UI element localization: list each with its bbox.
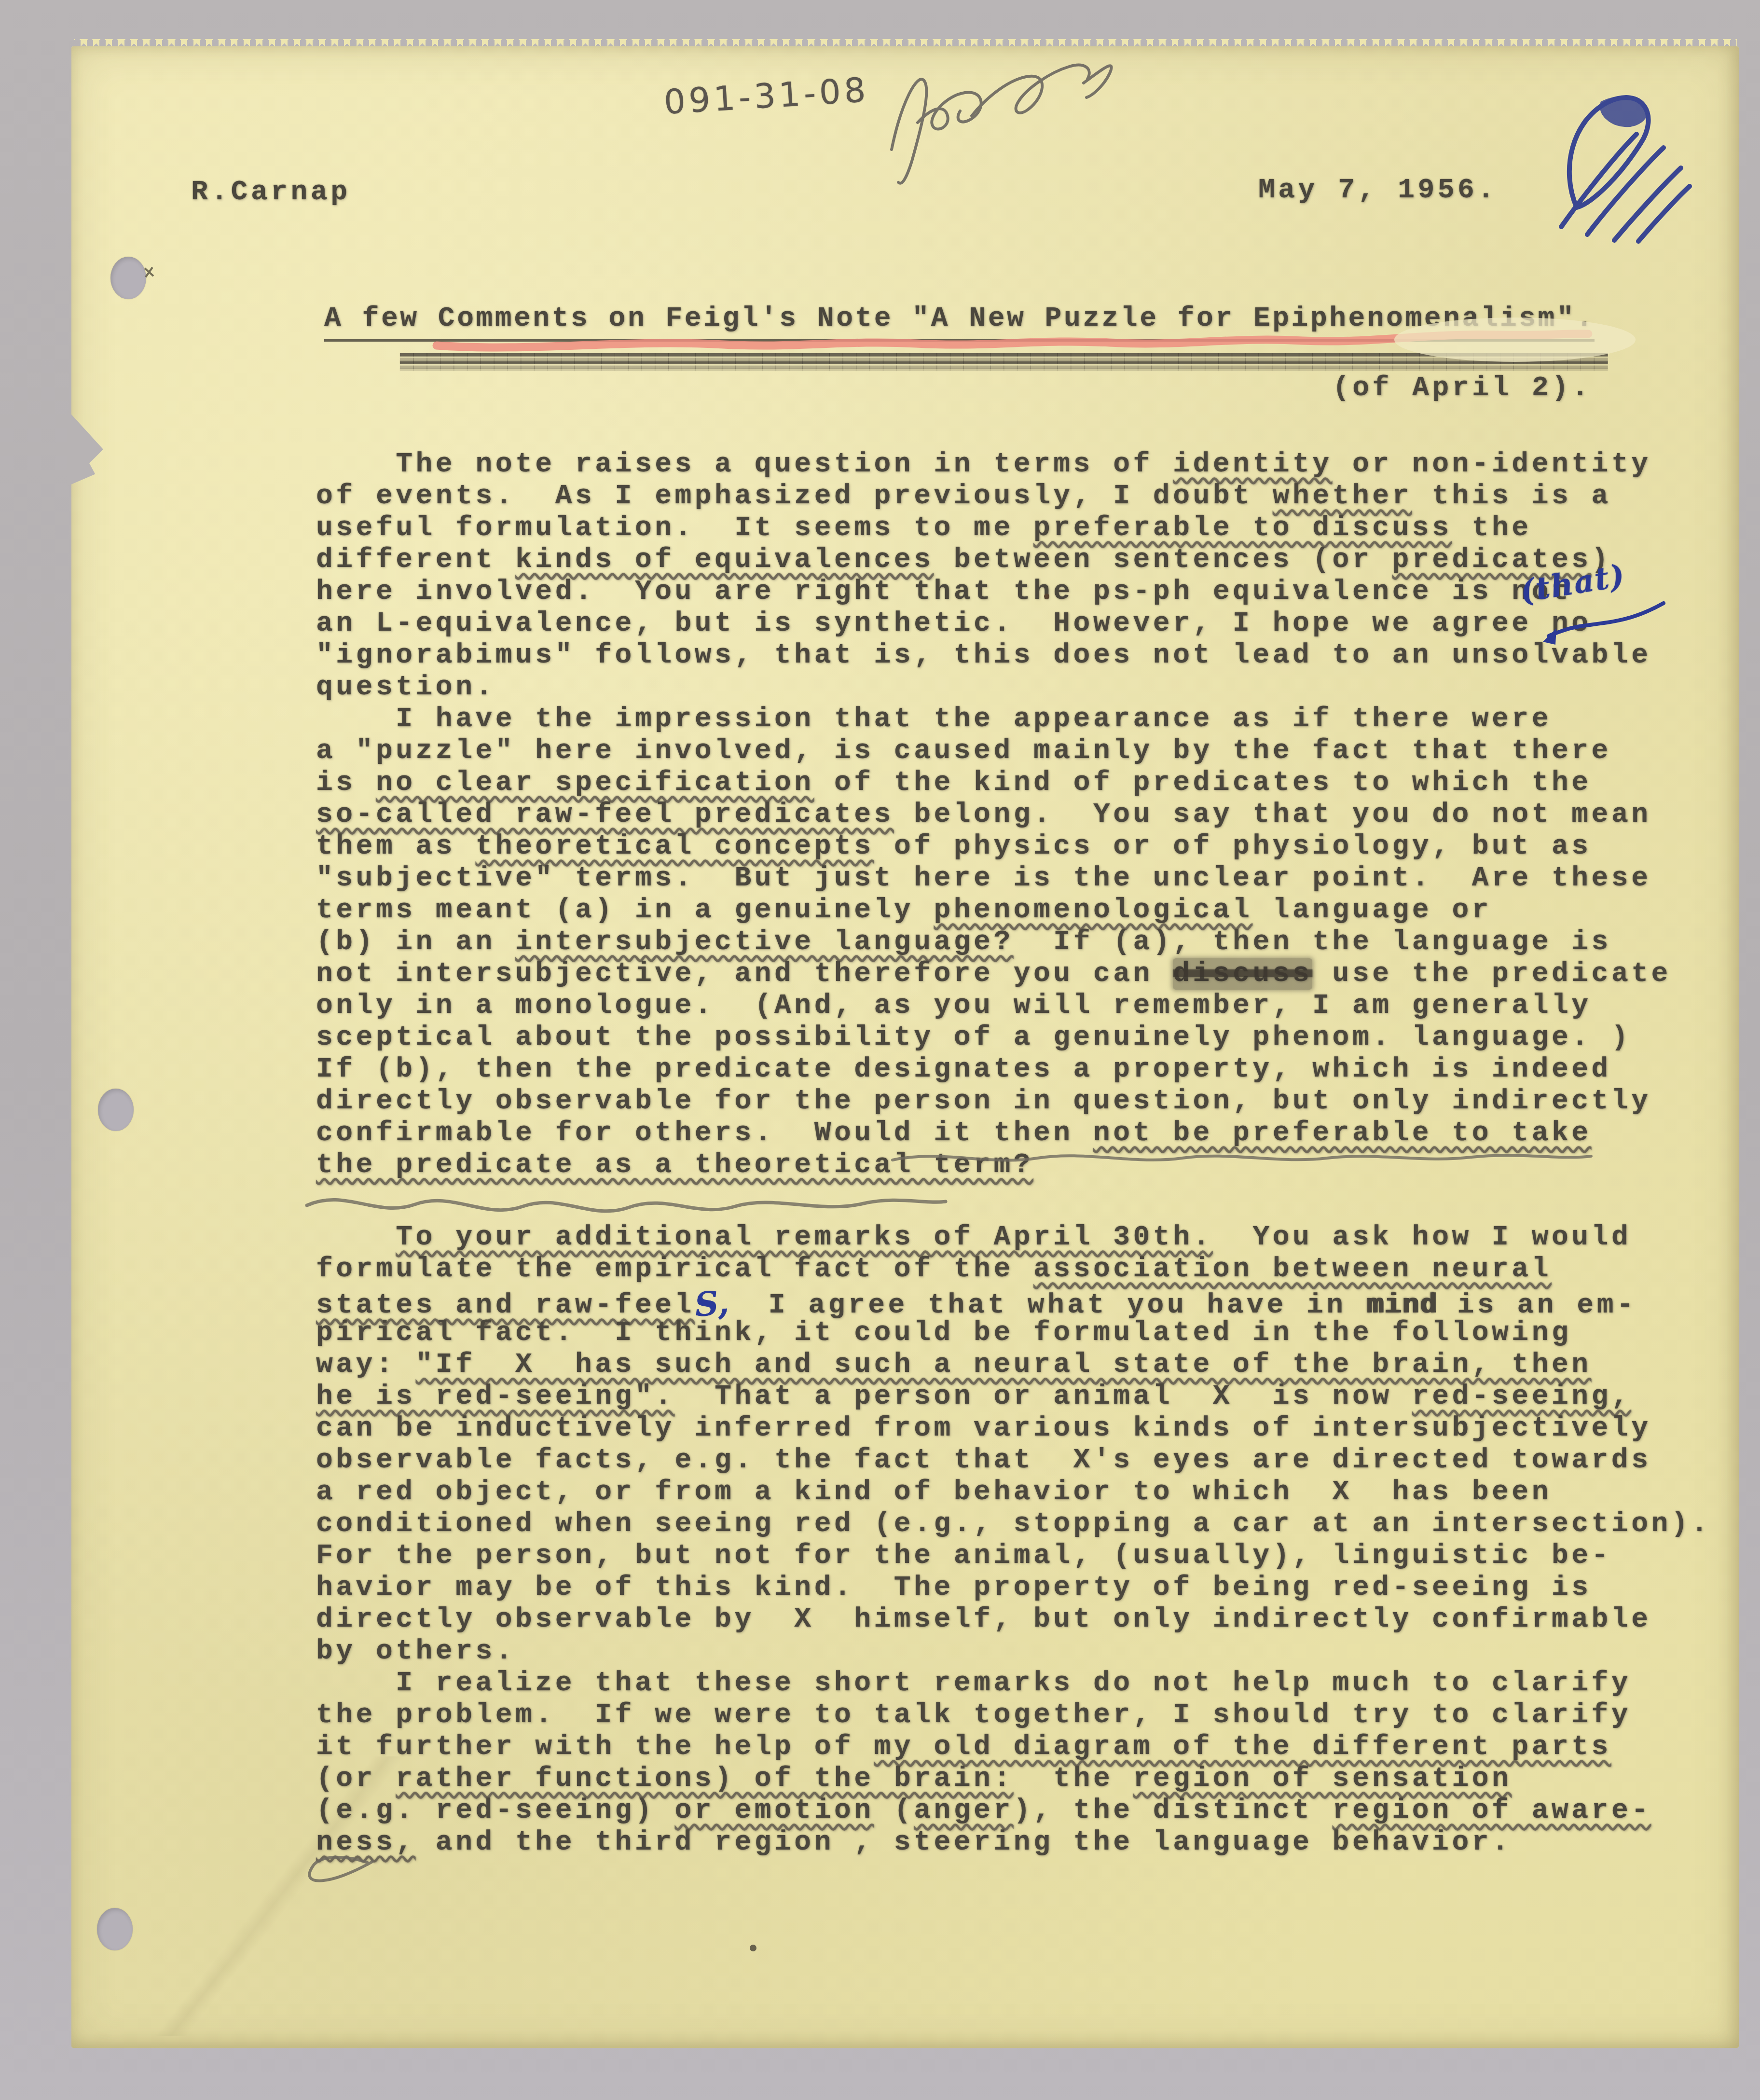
- text-segment: [316, 1222, 396, 1253]
- typed-line: "ignorabimus" follows, that is, this doe…: [316, 640, 1711, 672]
- text-segment: belong. You say that you do not mean: [894, 799, 1651, 830]
- text-segment: an L-equivalence, but is synthetic. Howe…: [316, 608, 1592, 639]
- text-segment: different: [316, 544, 515, 576]
- text-segment: That a person or animal X is now: [675, 1381, 1412, 1412]
- typed-line: is no clear specification of the kind of…: [316, 767, 1711, 799]
- text-segment: region of aware-: [1333, 1795, 1651, 1826]
- header-author: R.Carnap: [191, 177, 350, 208]
- text-segment: sceptical about the possibility of a gen…: [316, 1022, 1631, 1053]
- text-segment: havior may be of this kind. The property…: [316, 1572, 1592, 1603]
- text-segment: The note raises a question in terms of: [316, 449, 1173, 480]
- typed-line: ness, and the third region , steering th…: [316, 1827, 1711, 1859]
- typed-line: confirmable for others. Would it then no…: [316, 1118, 1711, 1149]
- text-segment: preferable to discuss: [1033, 512, 1452, 544]
- text-segment: region of sensation: [1133, 1763, 1512, 1795]
- typed-line: states and raw-feelS, I agree that what …: [316, 1285, 1711, 1317]
- text-segment: ), the distinct: [1014, 1795, 1333, 1826]
- ink-speck: [1044, 594, 1049, 599]
- text-segment: directly observable by X himself, but on…: [316, 1604, 1651, 1635]
- text-segment: the: [1014, 1763, 1133, 1795]
- typed-line: an L-equivalence, but is synthetic. Howe…: [316, 608, 1711, 640]
- typed-line: To your additional remarks of April 30th…: [316, 1222, 1711, 1254]
- text-segment: To your additional remarks of April 30th…: [396, 1222, 1213, 1253]
- text-segment: them as: [316, 831, 475, 862]
- typed-line: not intersubjective, and therefore you c…: [316, 958, 1711, 990]
- text-segment: pirical fact. I think, it could be formu…: [316, 1317, 1571, 1349]
- text-segment: only in a monologue. (And, as you will r…: [316, 990, 1592, 1022]
- text-segment: of physics or of physiology, but as: [874, 831, 1592, 862]
- text-segment: phenomenological: [934, 895, 1252, 926]
- typed-body: The note raises a question in terms of i…: [316, 449, 1711, 1859]
- typed-line: of events. As I emphasized previously, I…: [316, 481, 1711, 512]
- text-segment: anger: [914, 1795, 1014, 1826]
- typed-line: way: "If X has such and such a neural st…: [316, 1349, 1711, 1381]
- typed-line: can be inductively inferred from various…: [316, 1413, 1711, 1445]
- text-segment: intersubjective language?: [515, 926, 1014, 958]
- text-segment: confirmable for others. Would it then: [316, 1118, 1093, 1149]
- title-dateline: (of April 2).: [1333, 373, 1592, 404]
- text-segment: association between neural: [1033, 1254, 1552, 1285]
- typed-line: a "puzzle" here involved, is caused main…: [316, 735, 1711, 767]
- typed-line: the problem. If we were to talk together…: [316, 1699, 1711, 1731]
- punch-hole-middle: [98, 1089, 134, 1131]
- typed-line: here involved. You are right that the ps…: [316, 576, 1711, 608]
- text-segment: the predicate as a theoretical term?: [316, 1149, 1033, 1181]
- text-segment: use the predicate: [1312, 958, 1671, 990]
- paragraph: To your additional remarks of April 30th…: [316, 1222, 1711, 1668]
- text-segment: is an em-: [1437, 1290, 1636, 1321]
- text-segment: states and raw-feel: [316, 1290, 695, 1321]
- text-segment: kinds of equivalences: [515, 544, 934, 576]
- typed-line: For the person, but not for the animal, …: [316, 1540, 1711, 1572]
- text-segment: "If X has such and such a neural state o…: [416, 1349, 1592, 1381]
- punch-hole-bottom: [97, 1908, 133, 1950]
- text-segment: my old diagram of the different parts: [874, 1731, 1611, 1763]
- typed-line: only in a monologue. (And, as you will r…: [316, 990, 1711, 1022]
- text-segment: the problem. If we were to talk together…: [316, 1699, 1631, 1731]
- text-segment: If (b), then the predicate designates a …: [316, 1054, 1611, 1085]
- paragraph: I have the impression that the appearanc…: [316, 704, 1711, 1181]
- text-segment: "subjective" terms. But just here is the…: [316, 863, 1651, 894]
- text-segment: ness,: [316, 1827, 416, 1858]
- text-segment: (: [874, 1795, 914, 1826]
- paragraph: I realize that these short remarks do no…: [316, 1668, 1711, 1859]
- text-segment: "ignorabimus" follows, that is, this doe…: [316, 640, 1651, 671]
- text-segment: the: [1452, 512, 1531, 544]
- punch-hole-top: [110, 257, 146, 299]
- typed-line: directly observable for the person in qu…: [316, 1086, 1711, 1118]
- text-segment: language or: [1252, 895, 1492, 926]
- text-segment: If (a), then the language is: [1014, 926, 1611, 958]
- typed-line: I have the impression that the appearanc…: [316, 704, 1711, 735]
- text-segment: not be preferable to take: [1093, 1118, 1592, 1149]
- typed-line: so-called raw-feel predicates belong. Yo…: [316, 799, 1711, 831]
- text-segment: terms meant (a) in a genuinely: [316, 895, 934, 926]
- typed-line: I realize that these short remarks do no…: [316, 1668, 1711, 1699]
- text-segment: it further with the help of: [316, 1731, 874, 1763]
- text-segment: a red object, or from a kind of behavior…: [316, 1477, 1552, 1508]
- text-segment: of events. As I emphasized previously, I…: [316, 481, 1273, 512]
- text-segment: between sentences (or: [934, 544, 1392, 576]
- text-segment: not intersubjective, and therefore you c…: [316, 958, 1173, 990]
- header-date: May 7, 1956.: [1258, 175, 1498, 206]
- text-segment: (e.g. red-seeing): [316, 1795, 675, 1826]
- text-segment: conditioned when seeing red (e.g., stopp…: [316, 1508, 1711, 1540]
- text-segment: theoretical concepts: [475, 831, 874, 862]
- typed-line: The note raises a question in terms of i…: [316, 449, 1711, 481]
- text-segment: and the third region , steering the lang…: [416, 1827, 1512, 1858]
- blue-ink-insertion: S,: [693, 1286, 730, 1321]
- typed-line: useful formulation. It seems to me prefe…: [316, 512, 1711, 544]
- typed-line: terms meant (a) in a genuinely phenomeno…: [316, 895, 1711, 926]
- typed-line: a red object, or from a kind of behavior…: [316, 1477, 1711, 1508]
- text-segment: I realize that these short remarks do no…: [316, 1668, 1631, 1699]
- text-segment: useful formulation. It seems to me: [316, 512, 1033, 544]
- typed-line: it further with the help of my old diagr…: [316, 1731, 1711, 1763]
- typed-line: by others.: [316, 1636, 1711, 1668]
- text-segment: For the person, but not for the animal, …: [316, 1540, 1611, 1572]
- text-segment: so-called raw-feel predicates: [316, 799, 894, 830]
- text-segment: can be inductively inferred from various…: [316, 1413, 1651, 1444]
- text-segment: observable facts, e.g. the fact that X's…: [316, 1445, 1651, 1476]
- text-segment: identity: [1173, 449, 1332, 480]
- text-segment: I have the impression that the appearanc…: [316, 704, 1552, 735]
- text-segment: I agree that what you have in: [729, 1290, 1366, 1321]
- text-segment: of the kind of predicates to which the: [814, 767, 1592, 799]
- ink-speck: [750, 1945, 756, 1951]
- text-segment: question.: [316, 672, 495, 703]
- typed-line: different kinds of equivalences between …: [316, 544, 1711, 576]
- text-segment: he is red-seeing".: [316, 1381, 675, 1412]
- text-segment: (b) in an: [316, 926, 515, 958]
- text-segment: directly observable for the person in qu…: [316, 1086, 1651, 1117]
- typed-line: (or rather functions) of the brain: the …: [316, 1763, 1711, 1795]
- text-segment: You ask how I would: [1213, 1222, 1631, 1253]
- text-segment: this is a: [1412, 481, 1611, 512]
- text-segment: mind: [1366, 1290, 1437, 1321]
- text-segment: (or: [316, 1763, 396, 1795]
- typed-line: the predicate as a theoretical term?: [316, 1149, 1711, 1181]
- text-segment: is: [316, 767, 376, 799]
- text-segment: red-seeing,: [1412, 1381, 1631, 1412]
- text-segment: no clear specification: [376, 767, 814, 799]
- text-segment: discuss: [1173, 958, 1312, 990]
- typed-line: (e.g. red-seeing) or emotion (anger), th…: [316, 1795, 1711, 1827]
- typed-line: observable facts, e.g. the fact that X's…: [316, 1445, 1711, 1477]
- scan-background: { "colors": { "paper": "#ece4ac", "backg…: [0, 0, 1760, 2100]
- typed-line: If (b), then the predicate designates a …: [316, 1054, 1711, 1086]
- paragraph: The note raises a question in terms of i…: [316, 449, 1711, 704]
- typed-line: formulate the empirical fact of the asso…: [316, 1254, 1711, 1285]
- typed-line: havior may be of this kind. The property…: [316, 1572, 1711, 1604]
- typed-line: sceptical about the possibility of a gen…: [316, 1022, 1711, 1054]
- typed-line: them as theoretical concepts of physics …: [316, 831, 1711, 863]
- text-segment: or non-identity: [1333, 449, 1651, 480]
- typed-line: "subjective" terms. But just here is the…: [316, 863, 1711, 895]
- text-segment: a "puzzle" here involved, is caused main…: [316, 735, 1611, 767]
- typed-line: question.: [316, 672, 1711, 704]
- typed-line: pirical fact. I think, it could be formu…: [316, 1317, 1711, 1349]
- text-segment: rather functions) of the brain:: [396, 1763, 1013, 1795]
- text-segment: by others.: [316, 1636, 515, 1667]
- typed-line: he is red-seeing". That a person or anim…: [316, 1381, 1711, 1413]
- text-segment: way:: [316, 1349, 416, 1381]
- typed-line: conditioned when seeing red (e.g., stopp…: [316, 1508, 1711, 1540]
- text-segment: formulate the empirical fact of the: [316, 1254, 1033, 1285]
- text-segment: or emotion: [675, 1795, 874, 1826]
- document-title: A few Comments on Feigl's Note "A New Pu…: [324, 303, 1595, 342]
- typed-line: (b) in an intersubjective language? If (…: [316, 926, 1711, 958]
- typed-line: directly observable by X himself, but on…: [316, 1604, 1711, 1636]
- text-segment: whether: [1273, 481, 1412, 512]
- text-segment: here involved. You are right that the ps…: [316, 576, 1571, 608]
